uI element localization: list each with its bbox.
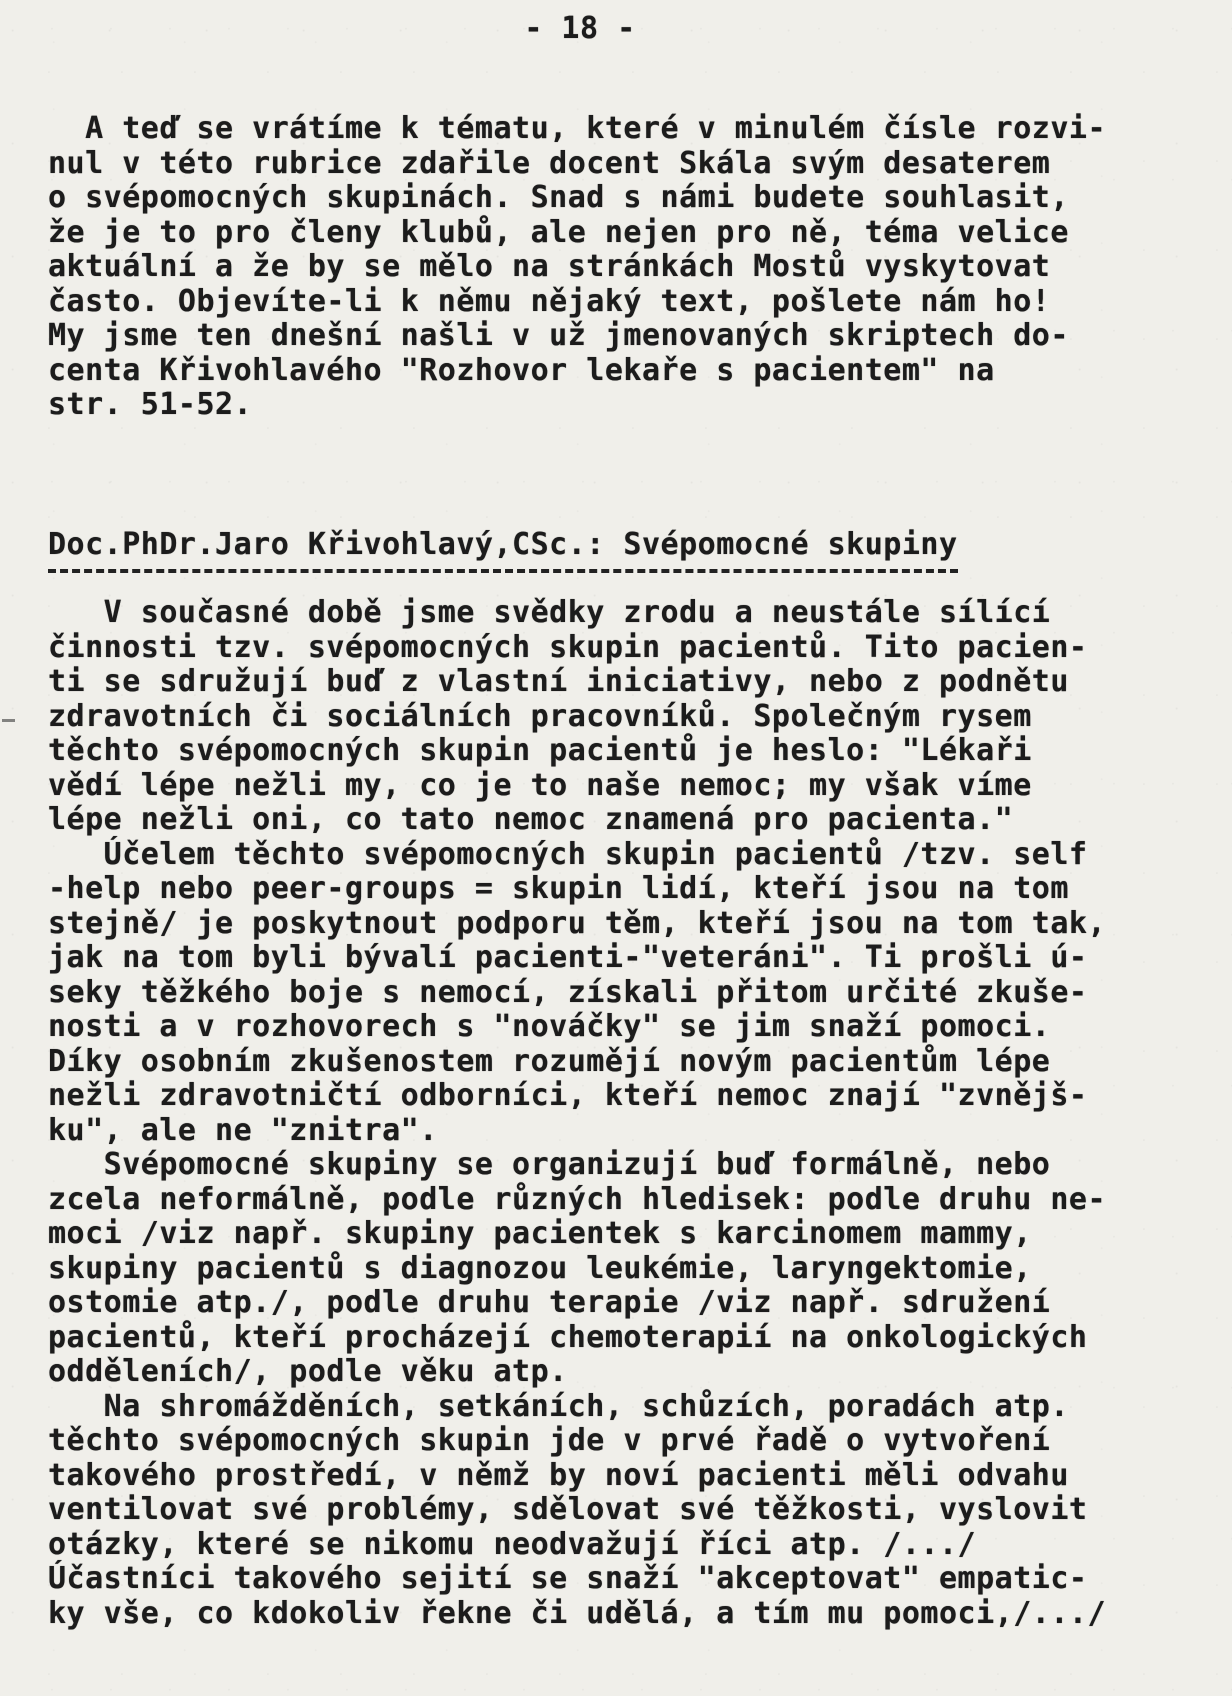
article-paragraph-1: V současné době jsme svědky zrodu a neus…	[48, 596, 1106, 838]
article-paragraph-3: Svépomocné skupiny se organizují buď for…	[48, 1148, 1106, 1390]
article-body: V současné době jsme svědky zrodu a neus…	[48, 596, 1106, 1631]
scan-speckle-dash	[2, 719, 15, 722]
page-number: - 18 -	[0, 12, 1160, 47]
article-paragraph-2: Účelem těchto svépomocných skupin pacien…	[48, 838, 1106, 1149]
article-heading-row: Doc.PhDr.Jaro Křivohlavý,CSc.: Svépomocn…	[48, 528, 958, 573]
intro-paragraph: A teď se vrátíme k tématu, které v minul…	[48, 112, 1106, 423]
article-heading: Doc.PhDr.Jaro Křivohlavý,CSc.: Svépomocn…	[48, 528, 958, 573]
scanned-document-page: - 18 - A teď se vrátíme k tématu, které …	[0, 0, 1232, 1696]
article-paragraph-4: Na shromážděních, setkáních, schůzích, p…	[48, 1390, 1106, 1632]
